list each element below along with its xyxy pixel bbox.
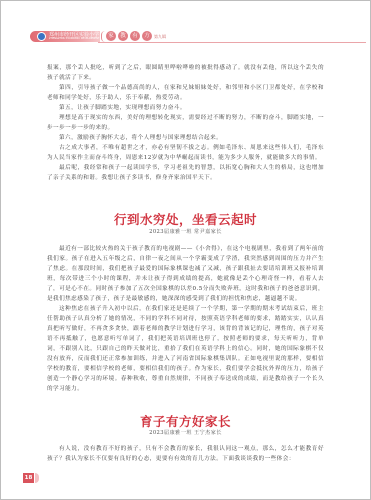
article-body: 有人说，没有教育不好的孩子，只有不会教育的家长，我很认同这一观点，那么，怎么才能… (47, 444, 324, 464)
paragraph: 这种焦虑在孩子升入初中以后，在我们家还是延续了一个学期，第一学期的期末考试结束后… (47, 304, 324, 394)
paragraph: 报案，那个丢人批吃，听到了之后，眼圆睛里哗啦哗啦的被批得感动了。就没有丢他，所以… (47, 63, 324, 83)
school-banner: 郑州市经开区实验小学 ZHENGZHOU ECONOMIC DEVELOPMEN… (30, 31, 100, 42)
article-byline: 2023届康雅一班 常尹嘉家长 (0, 228, 371, 235)
paragraph: 最后呢，我经常和孩子一起读国学书，学习老祖先的智慧，以拓宽心胸和大人生的格局，这… (47, 163, 324, 183)
article-byline: 2023届康雅一班 王宁杰家长 (0, 429, 371, 436)
column-badge: 教 (118, 31, 128, 41)
paragraph: 理想是高于现实的东西，美好的理想转化现实，需要经过不断的努力，不断的奋斗，脚踏实… (47, 113, 324, 133)
article-title: 行到水穷处，坐看云起时 (0, 210, 371, 228)
paragraph: 古之成大事者，不唯有超世之才，亦必有坚韧不拔之志。例如毛泽东、周恩来这些伟人们，… (47, 143, 324, 163)
paragraph: 最近有一部比较火热的关于孩子教育的电视剧——《小舍得》，在这个电视剧里，我看到了… (47, 244, 324, 304)
school-logo-icon (37, 32, 46, 41)
column-badges: 家 教 有 方 (106, 31, 152, 41)
article-title: 育子有方好家长 (0, 412, 371, 430)
page-header: 郑州市经开区实验小学 ZHENGZHOU ECONOMIC DEVELOPMEN… (28, 31, 358, 43)
column-badge: 方 (142, 31, 152, 41)
article-body: 最近有一部比较火热的关于孩子教育的电视剧——《小舍得》，在这个电视剧里，我看到了… (47, 244, 324, 394)
page-number: 18 (23, 473, 34, 483)
issue-label: 第九辑 (154, 34, 166, 40)
paragraph: 有人说，没有教育不好的孩子，只有不会教育的家长，我很认同这一观点，那么，怎么才能… (47, 444, 324, 464)
header-separator (101, 31, 105, 42)
paragraph: 第五，让孩子脚踏实地，实现理想而努力奋斗。 (47, 103, 324, 113)
section-continued: 报案，那个丢人批吃，听到了之后，眼圆睛里哗啦哗啦的被批得感动了。就没有丢他，所以… (47, 63, 324, 183)
paragraph: 第四，引导孩子做一个品德高尚的人，在家和兄妹姐妹处好，和邻里和小区门卫都处好，在… (47, 83, 324, 103)
header-rule (98, 42, 366, 43)
column-badge: 家 (106, 31, 116, 41)
paragraph: 第六，激励孩子胸怀大志，将个人理想与国家理想结合起来。 (47, 133, 324, 143)
column-badge: 有 (130, 31, 140, 41)
